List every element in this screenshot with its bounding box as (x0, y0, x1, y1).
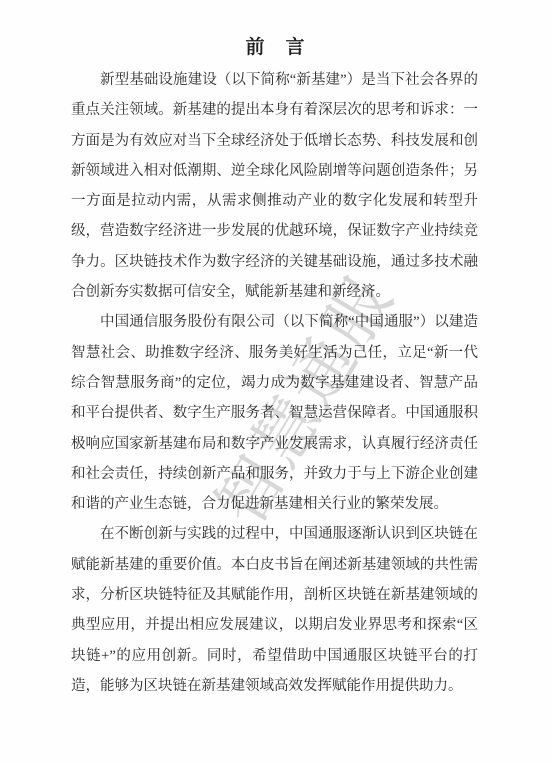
paragraph-1: 新型基础设施建设（以下简称“新基建”）是当下社会各界的重点关注领域。新基建的提出… (71, 65, 478, 307)
paragraph-3: 在不断创新与实践的过程中，中国通服逐渐认识到区块链在赋能新基建的重要价值。本白皮… (71, 519, 478, 701)
page-content: 前 言 新型基础设施建设（以下简称“新基建”）是当下社会各界的重点关注领域。新基… (0, 0, 552, 701)
page-title: 前 言 (71, 36, 480, 60)
document-page: 智慧通服 前 言 新型基础设施建设（以下简称“新基建”）是当下社会各界的重点关注… (0, 0, 552, 763)
paragraph-2: 中国通信服务股份有限公司（以下简称“中国通服”）以建造智慧社会、助推数字经济、服… (71, 307, 478, 519)
